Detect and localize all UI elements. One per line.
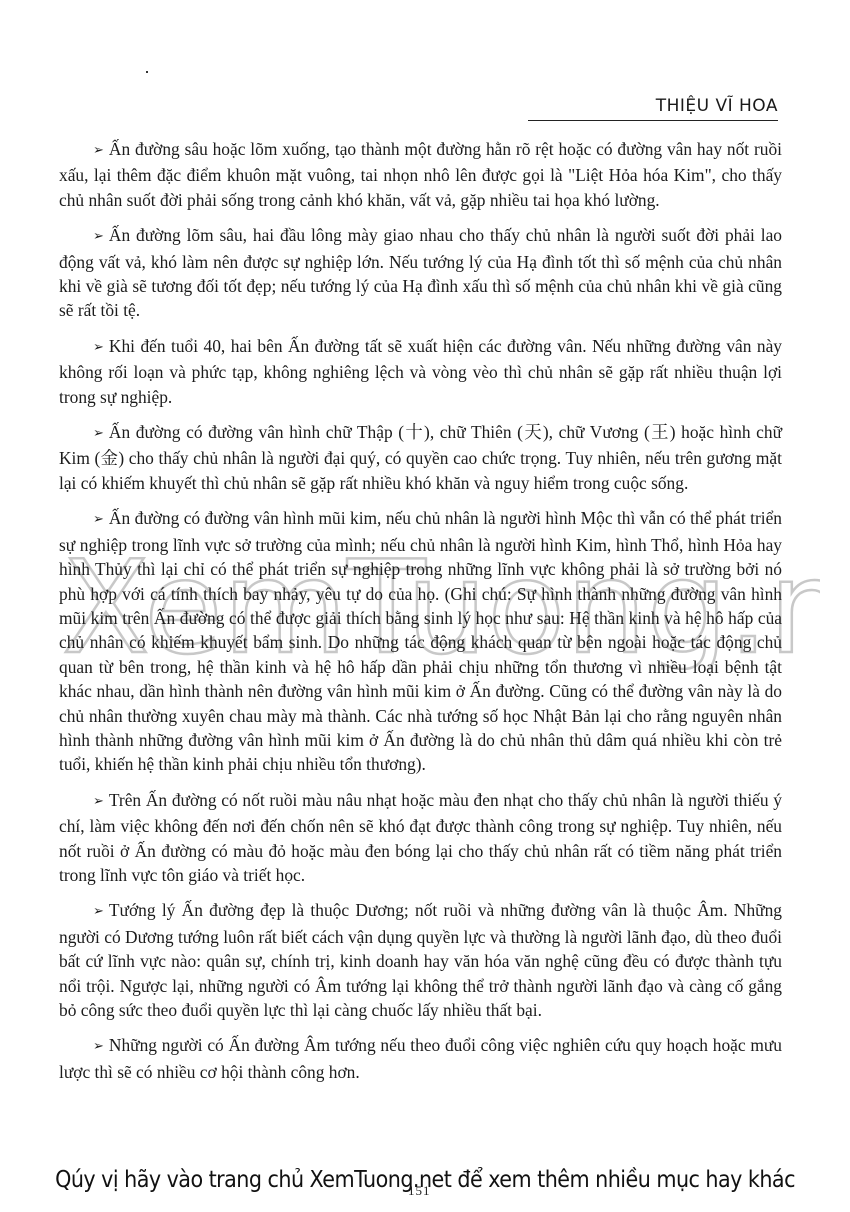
scan-speck [146,71,148,73]
paragraph: ➢Những người có Ấn đường Âm tướng nếu th… [59,1033,782,1084]
paragraph: ➢Ấn đường sâu hoặc lõm xuống, tạo thành … [59,137,782,212]
paragraph: ➢Ấn đường có đường vân hình chữ Thập (十)… [59,420,782,495]
paragraph: ➢Ấn đường có đường vân hình mũi kim, nếu… [59,506,782,776]
author-name: THIỆU VĨ HOA [656,96,778,116]
arrowhead-bullet-icon: ➢ [93,139,104,163]
paragraph-text: Tướng lý Ấn đường đẹp là thuộc Dương; nố… [59,900,782,1020]
paragraph: ➢Ấn đường lõm sâu, hai đầu lông mày giao… [59,223,782,323]
paragraph: ➢Tướng lý Ấn đường đẹp là thuộc Dương; n… [59,898,782,1022]
paragraph-text: Ấn đường lõm sâu, hai đầu lông mày giao … [59,225,782,320]
arrowhead-bullet-icon: ➢ [93,225,104,249]
paragraph-text: Khi đến tuổi 40, hai bên Ấn đường tất sẽ… [59,336,782,407]
arrowhead-bullet-icon: ➢ [93,1035,104,1059]
page-number: 151 [408,1183,431,1199]
paragraph: ➢Trên Ấn đường có nốt ruồi màu nâu nhạt … [59,788,782,888]
paragraph-text: Ấn đường có đường vân hình mũi kim, nếu … [59,508,782,774]
arrowhead-bullet-icon: ➢ [93,900,104,924]
arrowhead-bullet-icon: ➢ [93,508,104,532]
arrowhead-bullet-icon: ➢ [93,790,104,814]
page-body: ➢Ấn đường sâu hoặc lõm xuống, tạo thành … [59,137,782,1095]
paragraph: ➢Khi đến tuổi 40, hai bên Ấn đường tất s… [59,334,782,409]
paragraph-text: Ấn đường sâu hoặc lõm xuống, tạo thành m… [59,139,782,210]
paragraph-text: Những người có Ấn đường Âm tướng nếu the… [59,1035,782,1081]
paragraph-text: Ấn đường có đường vân hình chữ Thập (十),… [59,422,782,493]
arrowhead-bullet-icon: ➢ [93,422,104,446]
arrowhead-bullet-icon: ➢ [93,336,104,360]
running-header: THIỆU VĨ HOA [528,94,778,121]
paragraph-text: Trên Ấn đường có nốt ruồi màu nâu nhạt h… [59,790,782,885]
